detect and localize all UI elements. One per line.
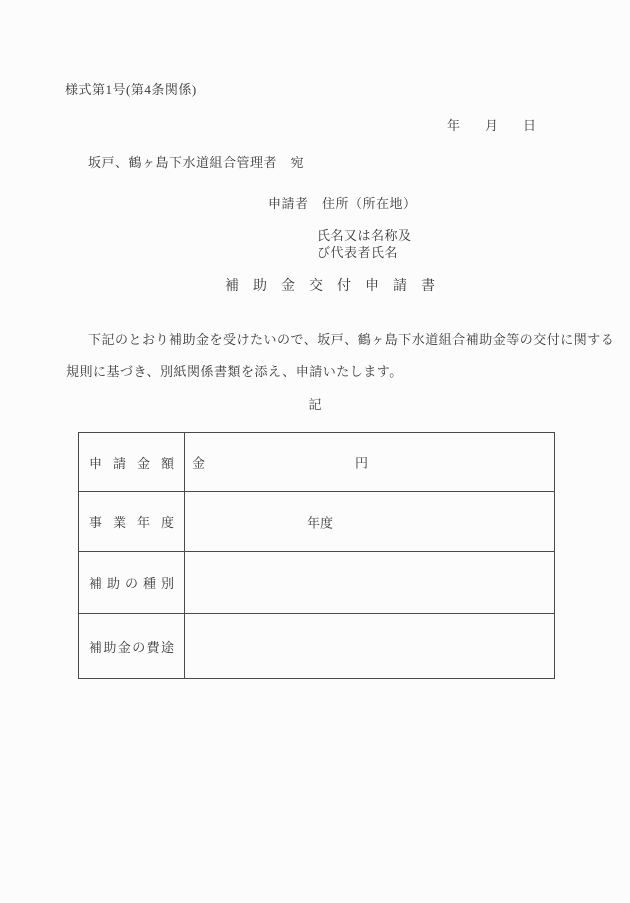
body-paragraph-line2: 規則に基づき、別紙関係書類を添え、申請いたします。: [66, 364, 403, 380]
date-placeholder: 年 月 日: [447, 118, 542, 134]
application-form-table: 申請金額 金 円 事業年度 年度 補助の種別 補助金の費途: [78, 432, 555, 679]
application-amount-value-cell: 金 円: [185, 433, 554, 492]
subsidy-type-label: 補助の種別: [89, 573, 174, 592]
subsidy-use-label: 補助金の費途: [89, 637, 174, 656]
business-year-label-cell: 事業年度: [79, 492, 185, 552]
amount-prefix: 金: [192, 453, 205, 472]
addressee-line: 坂戸、鶴ヶ島下水道組合管理者 宛: [88, 155, 304, 171]
application-amount-label: 申請金額: [89, 453, 174, 472]
subsidy-type-value-cell: [185, 552, 554, 614]
applicant-address-label: 申請者 住所（所在地）: [268, 196, 417, 212]
form-number: 様式第1号(第4条関係): [65, 82, 197, 98]
body-paragraph-line1: 下記のとおり補助金を受けたいので、坂戸、鶴ヶ島下水道組合補助金等の交付に関する: [88, 332, 614, 348]
subsidy-use-label-cell: 補助金の費途: [79, 614, 185, 678]
document-title: 補助金交付申請書: [225, 278, 449, 296]
record-mark: 記: [0, 397, 630, 413]
subsidy-use-value-cell: [185, 614, 554, 678]
application-amount-label-cell: 申請金額: [79, 433, 185, 492]
applicant-name-label-line1: 氏名又は名称及: [317, 228, 412, 244]
business-year-label: 事業年度: [89, 512, 174, 531]
applicant-name-label-line2: び代表者氏名: [317, 245, 398, 261]
business-year-value-cell: 年度: [185, 492, 554, 552]
subsidy-type-label-cell: 補助の種別: [79, 552, 185, 614]
amount-suffix: 円: [355, 453, 368, 472]
document-page: 様式第1号(第4条関係) 年 月 日 坂戸、鶴ヶ島下水道組合管理者 宛 申請者 …: [0, 0, 630, 903]
business-year-value: 年度: [307, 512, 333, 531]
